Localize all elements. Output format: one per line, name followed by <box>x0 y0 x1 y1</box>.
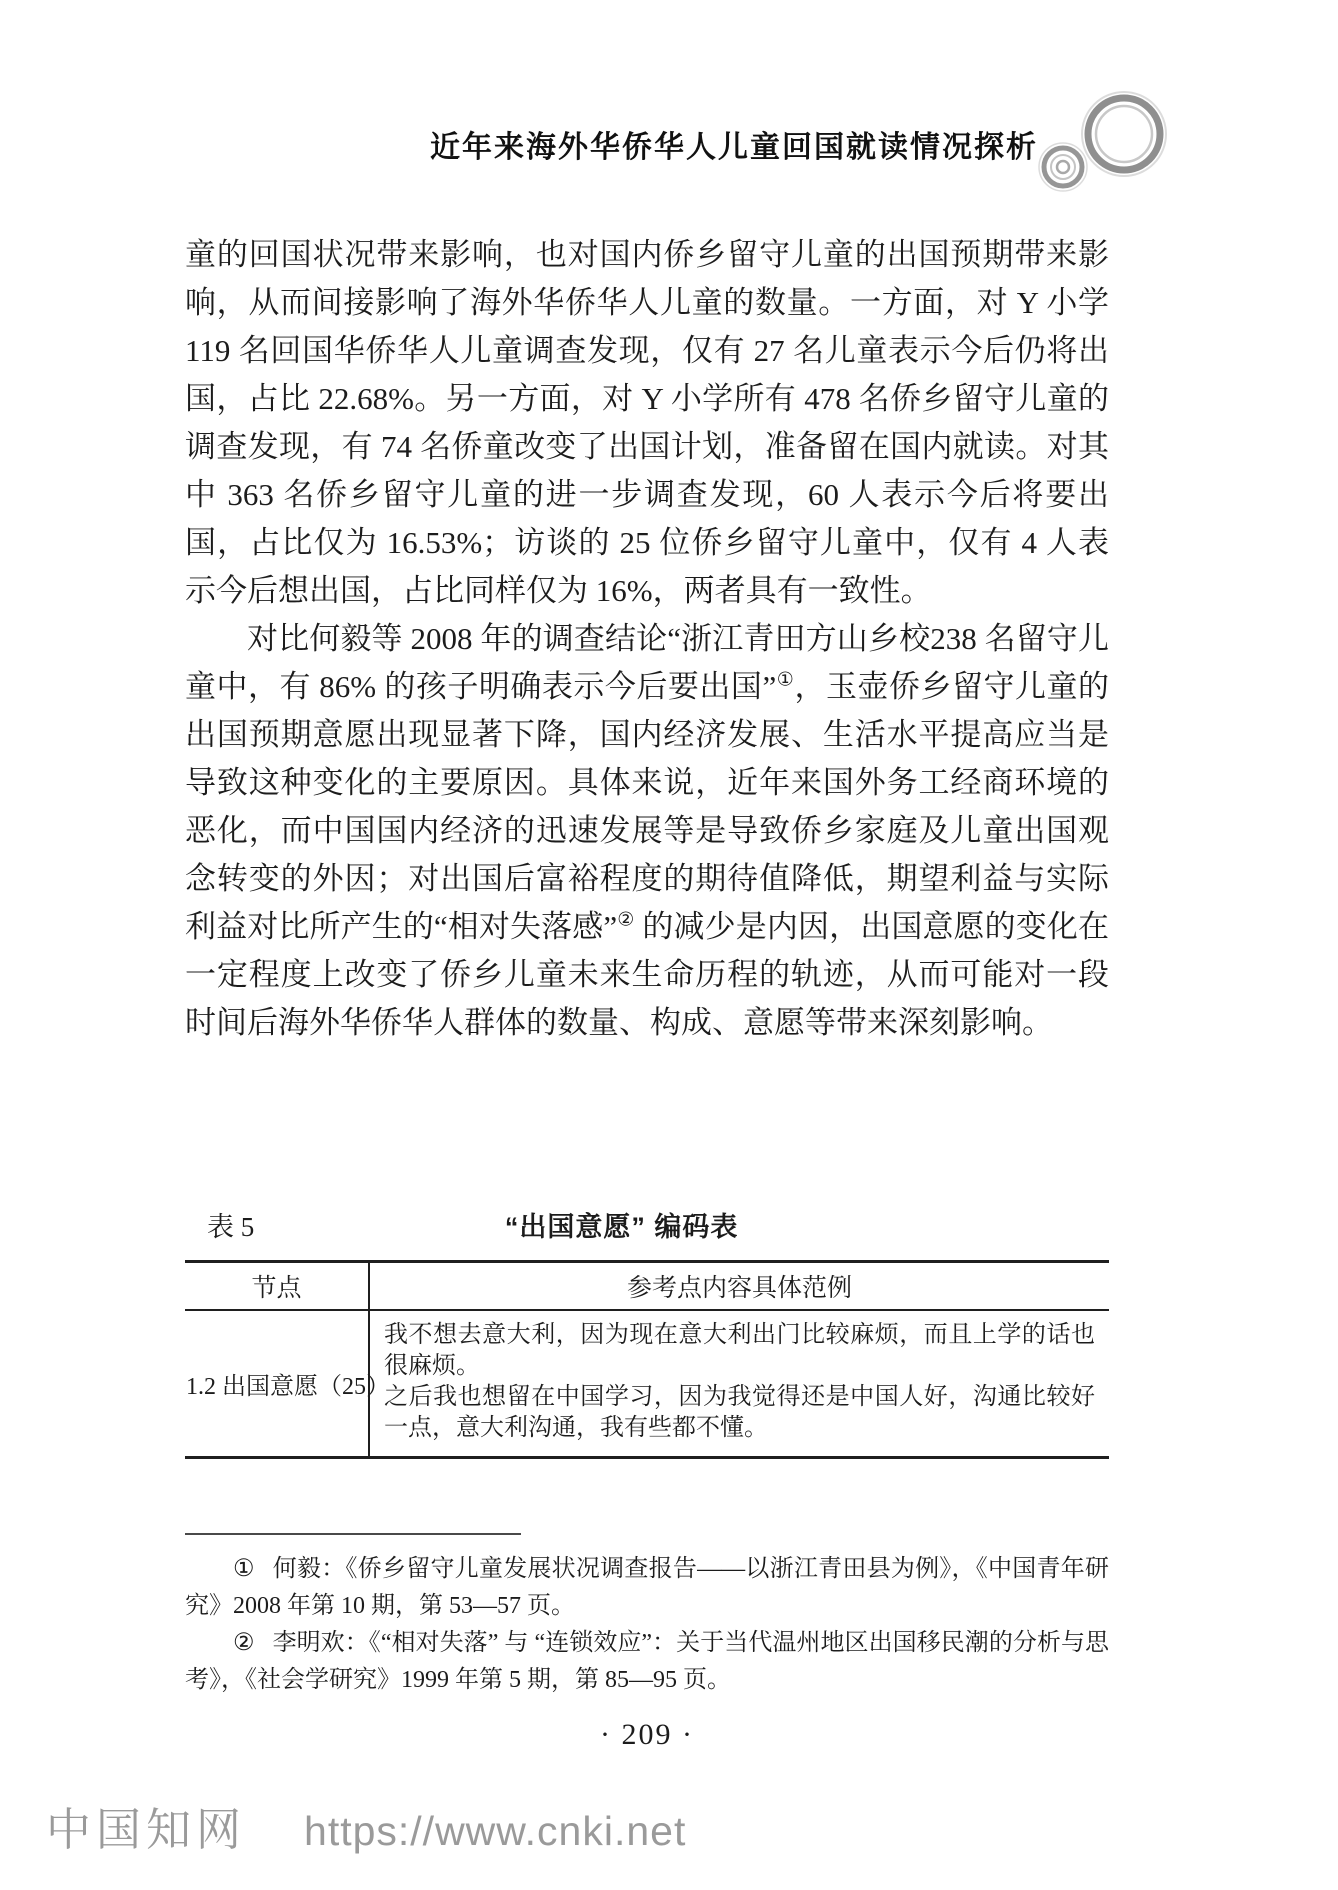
example-text: 我不想去意大利，因为现在意大利出门比较麻烦，而且上学的话也很麻烦。 <box>384 1320 1095 1382</box>
paragraph: 对比何毅等 2008 年的调查结论“浙江青田方山乡校238 名留守儿童中，有 8… <box>185 615 1109 1047</box>
footnote-marker: ① <box>233 1556 255 1582</box>
coding-table-section: 表 5 “出国意愿” 编码表 节点 参考点内容具体范例 1.2 出国意愿（25）… <box>185 1205 1109 1459</box>
table-caption-row: 表 5 “出国意愿” 编码表 <box>185 1205 1109 1244</box>
footnote-marker: ② <box>233 1630 255 1656</box>
footnote: ②李明欢：《“相对失落” 与 “连锁效应”：关于当代温州地区出国移民潮的分析与思… <box>185 1625 1109 1699</box>
cnki-site-name: 中国知网 <box>46 1793 246 1858</box>
cnki-site-url: https://www.cnki.net <box>304 1808 686 1855</box>
body-text: 童的回国状况带来影响，也对国内侨乡留守儿童的出国预期带来影响，从而间接影响了海外… <box>185 231 1109 1047</box>
page-number: · 209 · <box>185 1718 1109 1752</box>
table-number-label: 表 5 <box>207 1205 254 1244</box>
example-text: 之后我也想留在中国学习，因为我觉得还是中国人好，沟通比较好一点，意大利沟通，我有… <box>384 1382 1095 1444</box>
document-page: 近年来海外华侨华人儿童回国就读情况探析 童的回国状况带来影响，也对国内侨乡留守儿… <box>0 0 1338 1890</box>
page-header-title: 近年来海外华侨华人儿童回国就读情况探析 <box>430 122 1038 166</box>
column-header-node: 节点 <box>185 1262 369 1311</box>
paragraph: 童的回国状况带来影响，也对国内侨乡留守儿童的出国预期带来影响，从而间接影响了海外… <box>185 231 1109 615</box>
footer: 中国知网 https://www.cnki.net <box>46 1793 686 1858</box>
footnote: ①何毅：《侨乡留守儿童发展状况调查报告——以浙江青田县为例》，《中国青年研究》2… <box>185 1551 1109 1625</box>
rings-logo-icon <box>1036 86 1176 196</box>
footnote-divider <box>185 1533 521 1535</box>
footnotes: ①何毅：《侨乡留守儿童发展状况调查报告——以浙江青田县为例》，《中国青年研究》2… <box>185 1551 1109 1699</box>
coding-table: 节点 参考点内容具体范例 1.2 出国意愿（25） 我不想去意大利，因为现在意大… <box>185 1260 1109 1459</box>
table-row: 1.2 出国意愿（25） 我不想去意大利，因为现在意大利出门比较麻烦，而且上学的… <box>185 1310 1109 1458</box>
footnote-text: 李明欢：《“相对失落” 与 “连锁效应”：关于当代温州地区出国移民潮的分析与思考… <box>185 1630 1109 1693</box>
table-header-row: 节点 参考点内容具体范例 <box>185 1262 1109 1311</box>
footnote-text: 何毅：《侨乡留守儿童发展状况调查报告——以浙江青田县为例》，《中国青年研究》20… <box>185 1556 1109 1619</box>
examples-cell: 我不想去意大利，因为现在意大利出门比较麻烦，而且上学的话也很麻烦。 之后我也想留… <box>369 1310 1109 1458</box>
column-header-examples: 参考点内容具体范例 <box>369 1262 1109 1311</box>
node-cell: 1.2 出国意愿（25） <box>185 1310 369 1458</box>
table-caption: “出国意愿” 编码表 <box>254 1205 1109 1244</box>
